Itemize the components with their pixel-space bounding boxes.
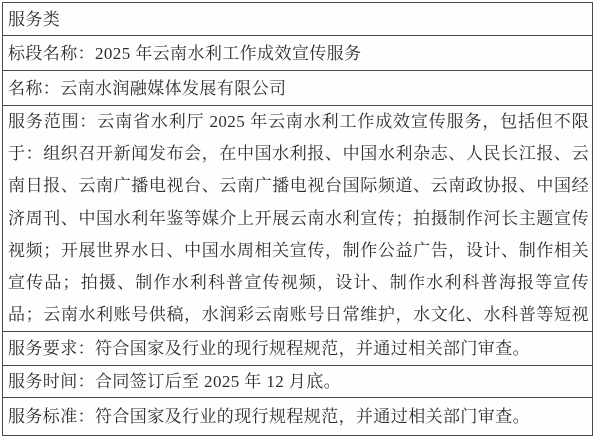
table-row-service-scope: 服务范围：云南省水利厅 2025 年云南水利工作成效宣传服务，包括但不限于：组织…: [3, 106, 592, 332]
table-row-company-name: 名称：云南水润融媒体发展有限公司: [3, 71, 592, 106]
table-row-service-requirements: 服务要求：符合国家及行业的现行规程规范，并通过相关部门审查。: [3, 332, 592, 366]
service-info-table: 服务类 标段名称：2025 年云南水利工作成效宣传服务 名称：云南水润融媒体发展…: [2, 2, 593, 436]
table-row-service-time: 服务时间：合同签订后至 2025 年 12 月底。: [3, 366, 592, 398]
table-row-section-name: 标段名称：2025 年云南水利工作成效宣传服务: [3, 36, 592, 71]
table-row-service-standard: 服务标准：符合国家及行业的现行规程规范，并通过相关部门审查。: [3, 398, 592, 435]
table-row-category: 服务类: [3, 3, 592, 36]
